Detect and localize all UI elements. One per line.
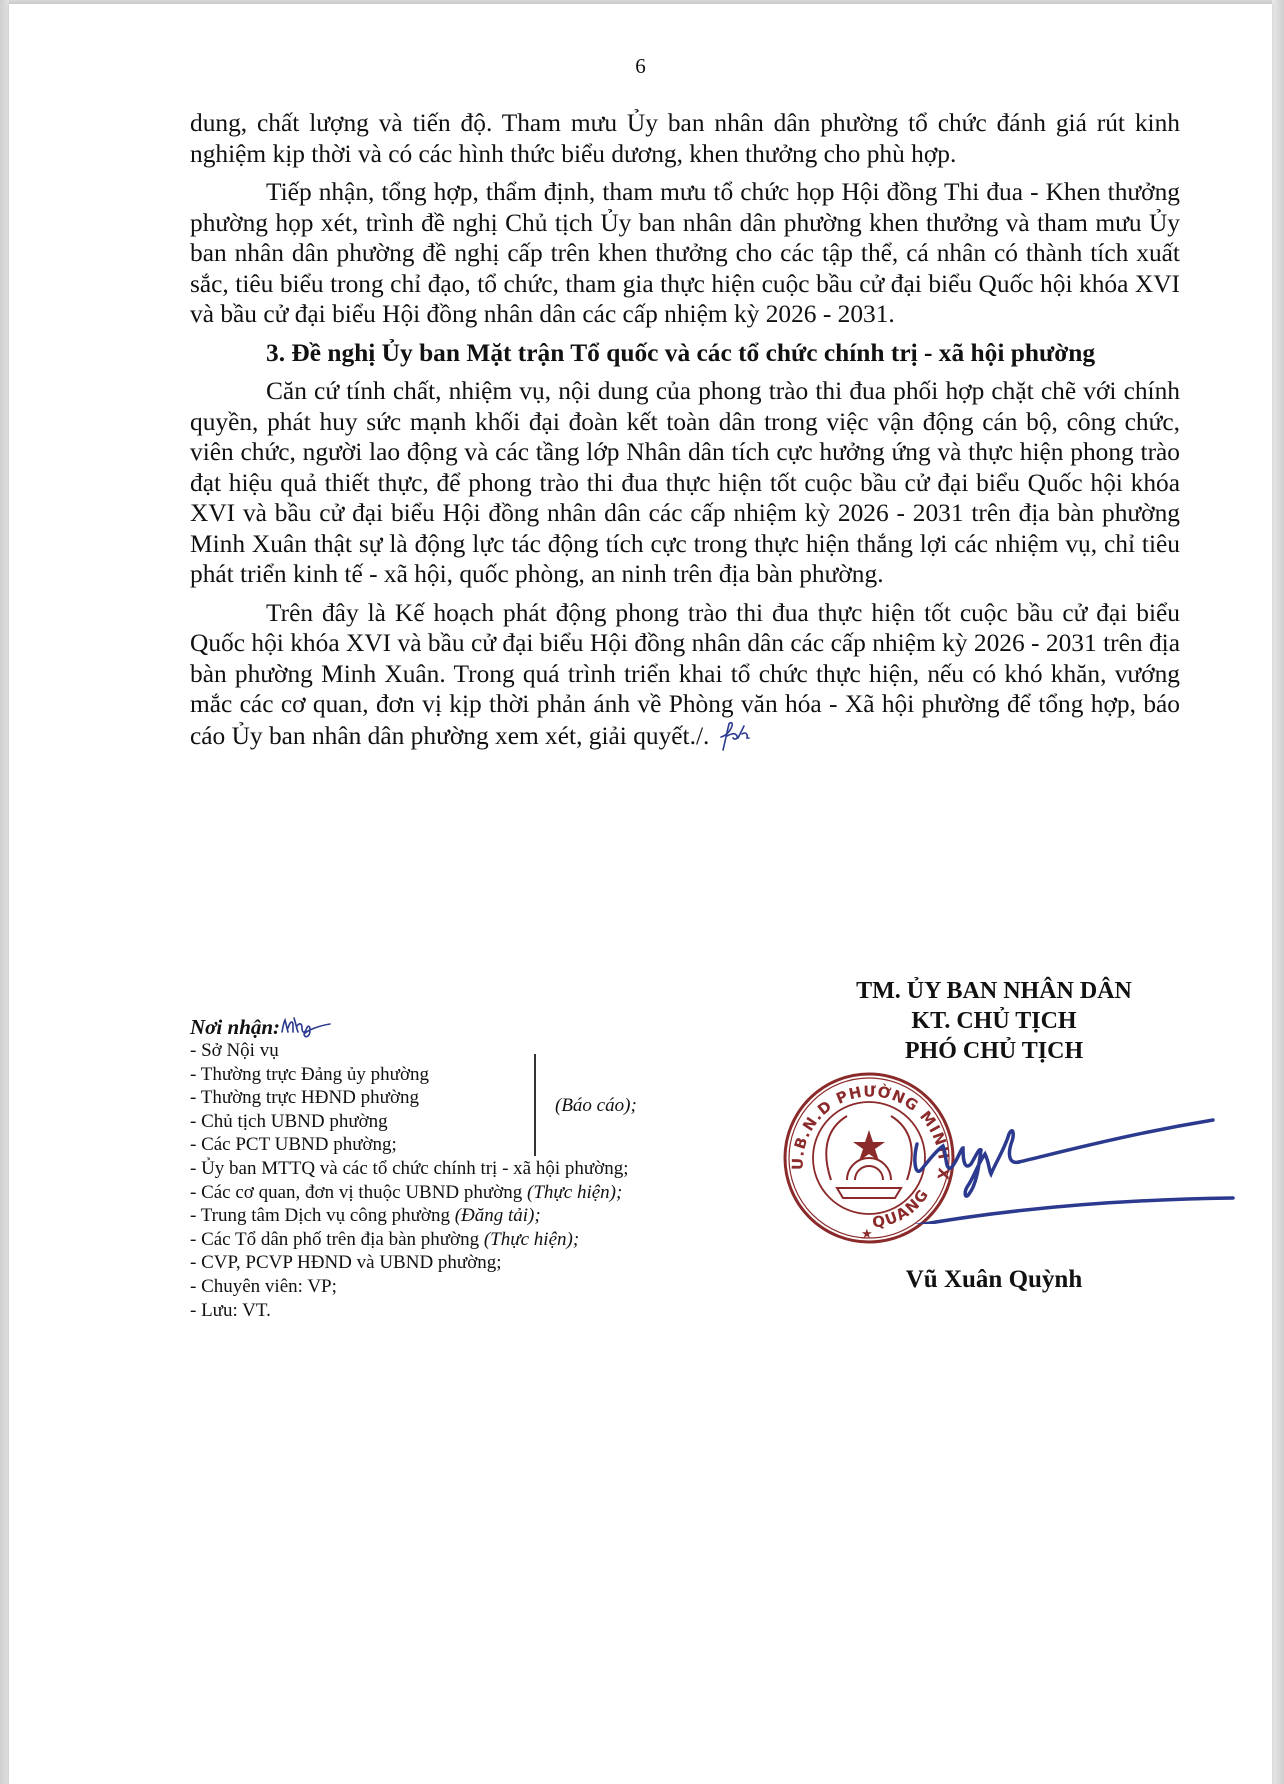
signature-line-3: PHÓ CHỦ TỊCH [749, 1036, 1239, 1066]
recipient-item: - Các Tổ dân phố trên địa bàn phường (Th… [190, 1228, 750, 1252]
signer-name: Vũ Xuân Quỳnh [749, 1266, 1239, 1294]
recipient-item: - Thường trực HĐND phường [190, 1086, 750, 1110]
signature-line-2: KT. CHỦ TỊCH [749, 1006, 1239, 1036]
recipient-item: - Chủ tịch UBND phường [190, 1110, 750, 1134]
recipient-item: - Sở Nội vụ [190, 1039, 750, 1063]
recipients-group-note: (Báo cáo); [555, 1094, 637, 1118]
section-heading: 3. Đề nghị Ủy ban Mặt trận Tổ quốc và cá… [190, 338, 1180, 369]
recipient-item: - Ủy ban MTTQ và các tổ chức chính trị -… [190, 1157, 750, 1181]
handwritten-initials-icon [280, 1014, 332, 1038]
paragraph-closing: Trên đây là Kế hoạch phát động phong trà… [190, 598, 1180, 752]
paragraph-front-organizations: Căn cứ tính chất, nhiệm vụ, nội dung của… [190, 376, 1180, 590]
paragraph-continuation: dung, chất lượng và tiến độ. Tham mưu Ủy… [190, 108, 1180, 169]
signature-line-1: TM. ỦY BAN NHÂN DÂN [749, 976, 1239, 1006]
recipient-item: - CVP, PCVP HĐND và UBND phường; [190, 1251, 750, 1275]
recipients-title: Nơi nhận: [190, 1014, 750, 1039]
paragraph-reward-procedure: Tiếp nhận, tổng hợp, thẩm định, tham mưu… [190, 177, 1180, 330]
document-body: dung, chất lượng và tiến độ. Tham mưu Ủy… [190, 108, 1180, 760]
recipient-item: - Lưu: VT. [190, 1299, 750, 1323]
closing-text: Trên đây là Kế hoạch phát động phong trà… [190, 599, 1180, 750]
document-page: 6 dung, chất lượng và tiến độ. Tham mưu … [9, 4, 1272, 1784]
recipient-item: - Các cơ quan, đơn vị thuộc UBND phường … [190, 1181, 750, 1205]
svg-text:★: ★ [861, 1227, 873, 1242]
initials-mark-icon [711, 720, 753, 752]
viewer-frame-left [0, 0, 9, 1784]
recipient-item: - Các PCT UBND phường; [190, 1133, 750, 1157]
handwritten-signature-icon [829, 1104, 1249, 1224]
recipient-item: - Trung tâm Dịch vụ công phường (Đăng tả… [190, 1204, 750, 1228]
signature-title-block: TM. ỦY BAN NHÂN DÂN KT. CHỦ TỊCH PHÓ CHỦ… [749, 976, 1239, 1066]
recipient-item: - Chuyên viên: VP; [190, 1275, 750, 1299]
recipients-block: Nơi nhận: - Sở Nội vụ - Thường trực Đảng… [190, 1014, 750, 1322]
viewer-scrollbar[interactable] [1272, 0, 1284, 1784]
page-number: 6 [9, 54, 1272, 79]
recipients-bracket [534, 1054, 536, 1156]
recipient-item: - Thường trực Đảng ủy phường [190, 1063, 750, 1087]
